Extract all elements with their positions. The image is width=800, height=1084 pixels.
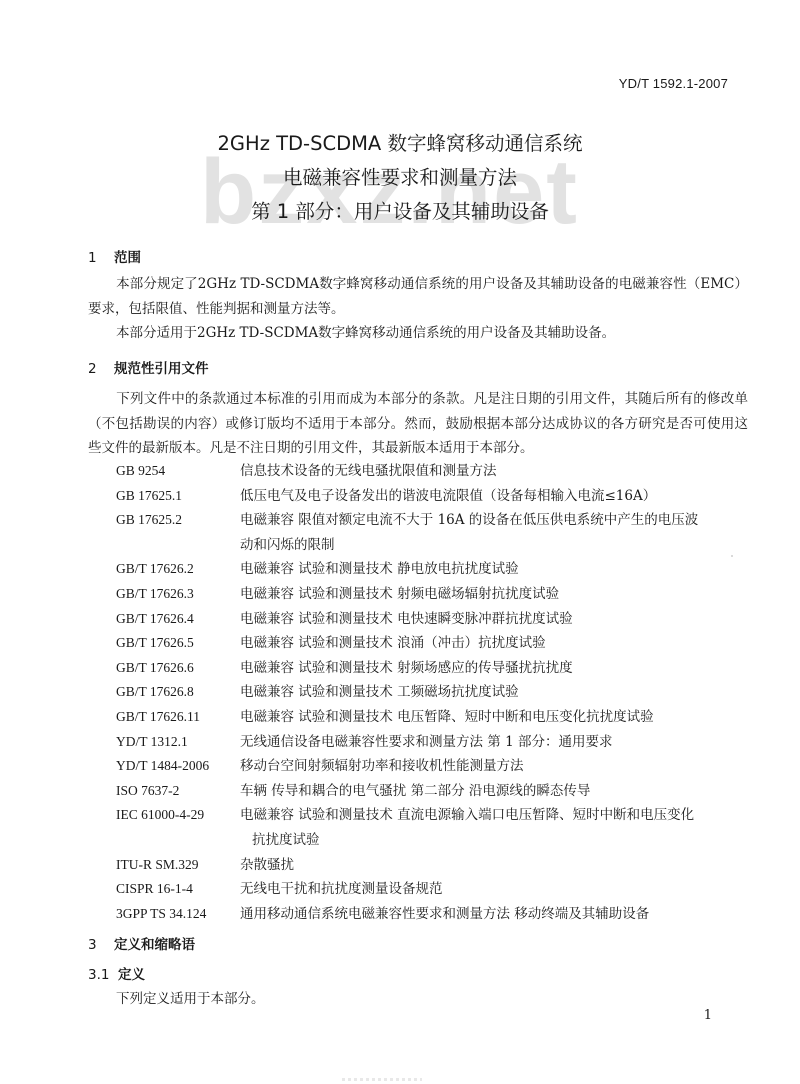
reference-row: GB/T 17626.6电磁兼容 试验和测量技术 射频场感应的传导骚扰抗扰度 — [116, 656, 756, 681]
reference-code: GB 9254 — [116, 459, 240, 484]
reference-code: GB/T 17626.5 — [116, 631, 240, 656]
section-1-heading: 1范围 — [88, 246, 141, 266]
reference-title: 无线通信设备电磁兼容性要求和测量方法 第 1 部分：通用要求 — [240, 730, 756, 755]
reference-title: 无线电干扰和抗扰度测量设备规范 — [240, 877, 756, 902]
reference-title: 杂散骚扰 — [240, 853, 756, 878]
reference-code: GB/T 17626.8 — [116, 680, 240, 705]
reference-title: 电磁兼容 限值对额定电流不大于 16A 的设备在低压供电系统中产生的电压波动和闪… — [240, 508, 756, 557]
reference-code: GB/T 17626.3 — [116, 582, 240, 607]
reference-row: GB 17625.2电磁兼容 限值对额定电流不大于 16A 的设备在低压供电系统… — [116, 508, 756, 557]
reference-title: 通用移动通信系统电磁兼容性要求和测量方法 移动终端及其辅助设备 — [240, 902, 756, 927]
reference-row: ISO 7637-2车辆 传导和耦合的电气骚扰 第二部分 沿电源线的瞬态传导 — [116, 779, 756, 804]
reference-title: 电磁兼容 试验和测量技术 浪涌（冲击）抗扰度试验 — [240, 631, 756, 656]
reference-title: 电磁兼容 试验和测量技术 工频磁场抗扰度试验 — [240, 680, 756, 705]
reference-code: GB 17625.1 — [116, 484, 240, 509]
reference-code: GB/T 17626.6 — [116, 656, 240, 681]
reference-row: YD/T 1312.1无线通信设备电磁兼容性要求和测量方法 第 1 部分：通用要… — [116, 730, 756, 755]
reference-row: IEC 61000-4-29电磁兼容 试验和测量技术 直流电源输入端口电压暂降、… — [116, 803, 756, 852]
document-title: 2GHz TD-SCDMA 数字蜂窝移动通信系统 电磁兼容性要求和测量方法 第 … — [0, 127, 800, 229]
reference-row: YD/T 1484-2006移动台空间射频辐射功率和接收机性能测量方法 — [116, 754, 756, 779]
section-number: 3 — [88, 937, 114, 953]
reference-code: GB/T 17626.4 — [116, 607, 240, 632]
reference-row: GB/T 17626.8电磁兼容 试验和测量技术 工频磁场抗扰度试验 — [116, 680, 756, 705]
subsection-3-1-paragraph: 下列定义适用于本部分。 — [116, 987, 716, 1012]
reference-code: IEC 61000-4-29 — [116, 803, 240, 852]
subsection-number: 3.1 — [88, 967, 118, 983]
reference-title: 电磁兼容 试验和测量技术 射频场感应的传导骚扰抗扰度 — [240, 656, 756, 681]
section-title: 定义和缩略语 — [114, 937, 195, 953]
section-title: 规范性引用文件 — [114, 361, 209, 377]
section-2-paragraph-1: 下列文件中的条款通过本标准的引用而成为本部分的条款。凡是注日期的引用文件，其随后… — [88, 387, 748, 461]
reference-title: 车辆 传导和耦合的电气骚扰 第二部分 沿电源线的瞬态传导 — [240, 779, 756, 804]
reference-row: 3GPP TS 34.124通用移动通信系统电磁兼容性要求和测量方法 移动终端及… — [116, 902, 756, 927]
normative-references-list: GB 9254信息技术设备的无线电骚扰限值和测量方法 GB 17625.1低压电… — [116, 459, 756, 926]
reference-code: ITU-R SM.329 — [116, 853, 240, 878]
reference-code: CISPR 16-1-4 — [116, 877, 240, 902]
section-2-heading: 2规范性引用文件 — [88, 357, 209, 377]
reference-row: GB/T 17626.4电磁兼容 试验和测量技术 电快速瞬变脉冲群抗扰度试验 — [116, 607, 756, 632]
reference-code: GB/T 17626.2 — [116, 557, 240, 582]
reference-row: CISPR 16-1-4无线电干扰和抗扰度测量设备规范 — [116, 877, 756, 902]
reference-title: 移动台空间射频辐射功率和接收机性能测量方法 — [240, 754, 756, 779]
reference-row: GB/T 17626.2电磁兼容 试验和测量技术 静电放电抗扰度试验 — [116, 557, 756, 582]
reference-code: GB/T 17626.11 — [116, 705, 240, 730]
title-line-2: 电磁兼容性要求和测量方法 — [0, 161, 800, 195]
section-title: 范围 — [114, 250, 141, 266]
reference-code: YD/T 1484-2006 — [116, 754, 240, 779]
standard-code: YD/T 1592.1-2007 — [619, 76, 728, 91]
reference-row: GB/T 17626.3电磁兼容 试验和测量技术 射频电磁场辐射抗扰度试验 — [116, 582, 756, 607]
reference-title: 电磁兼容 试验和测量技术 电压暂降、短时中断和电压变化抗扰度试验 — [240, 705, 756, 730]
reference-row: GB 9254信息技术设备的无线电骚扰限值和测量方法 — [116, 459, 756, 484]
reference-code: ISO 7637-2 — [116, 779, 240, 804]
scan-speck — [731, 555, 733, 557]
page-number: 1 — [704, 1008, 712, 1023]
title-line-1: 2GHz TD-SCDMA 数字蜂窝移动通信系统 — [0, 127, 800, 161]
section-number: 2 — [88, 361, 114, 377]
section-1-paragraph-2: 本部分适用于2GHz TD-SCDMA数字蜂窝移动通信系统的用户设备及其辅助设备… — [88, 321, 748, 346]
reference-code: GB 17625.2 — [116, 508, 240, 557]
reference-title: 信息技术设备的无线电骚扰限值和测量方法 — [240, 459, 756, 484]
subsection-title: 定义 — [118, 967, 145, 983]
subsection-3-1-heading: 3.1定义 — [88, 963, 145, 983]
reference-row: GB 17625.1低压电气及电子设备发出的谐波电流限值（设备每相输入电流≤16… — [116, 484, 756, 509]
reference-row: GB/T 17626.5电磁兼容 试验和测量技术 浪涌（冲击）抗扰度试验 — [116, 631, 756, 656]
reference-row: ITU-R SM.329杂散骚扰 — [116, 853, 756, 878]
scan-artifact — [342, 1078, 422, 1081]
reference-title: 电磁兼容 试验和测量技术 射频电磁场辐射抗扰度试验 — [240, 582, 756, 607]
section-3-heading: 3定义和缩略语 — [88, 933, 195, 953]
reference-title: 电磁兼容 试验和测量技术 静电放电抗扰度试验 — [240, 557, 756, 582]
section-number: 1 — [88, 250, 114, 266]
reference-title: 电磁兼容 试验和测量技术 电快速瞬变脉冲群抗扰度试验 — [240, 607, 756, 632]
reference-code: YD/T 1312.1 — [116, 730, 240, 755]
reference-code: 3GPP TS 34.124 — [116, 902, 240, 927]
section-1-paragraph-1: 本部分规定了2GHz TD-SCDMA数字蜂窝移动通信系统的用户设备及其辅助设备… — [88, 272, 748, 321]
title-line-3: 第 1 部分：用户设备及其辅助设备 — [0, 195, 800, 229]
reference-title: 低压电气及电子设备发出的谐波电流限值（设备每相输入电流≤16A） — [240, 484, 756, 509]
reference-title: 电磁兼容 试验和测量技术 直流电源输入端口电压暂降、短时中断和电压变化抗扰度试验 — [240, 803, 756, 852]
reference-row: GB/T 17626.11电磁兼容 试验和测量技术 电压暂降、短时中断和电压变化… — [116, 705, 756, 730]
